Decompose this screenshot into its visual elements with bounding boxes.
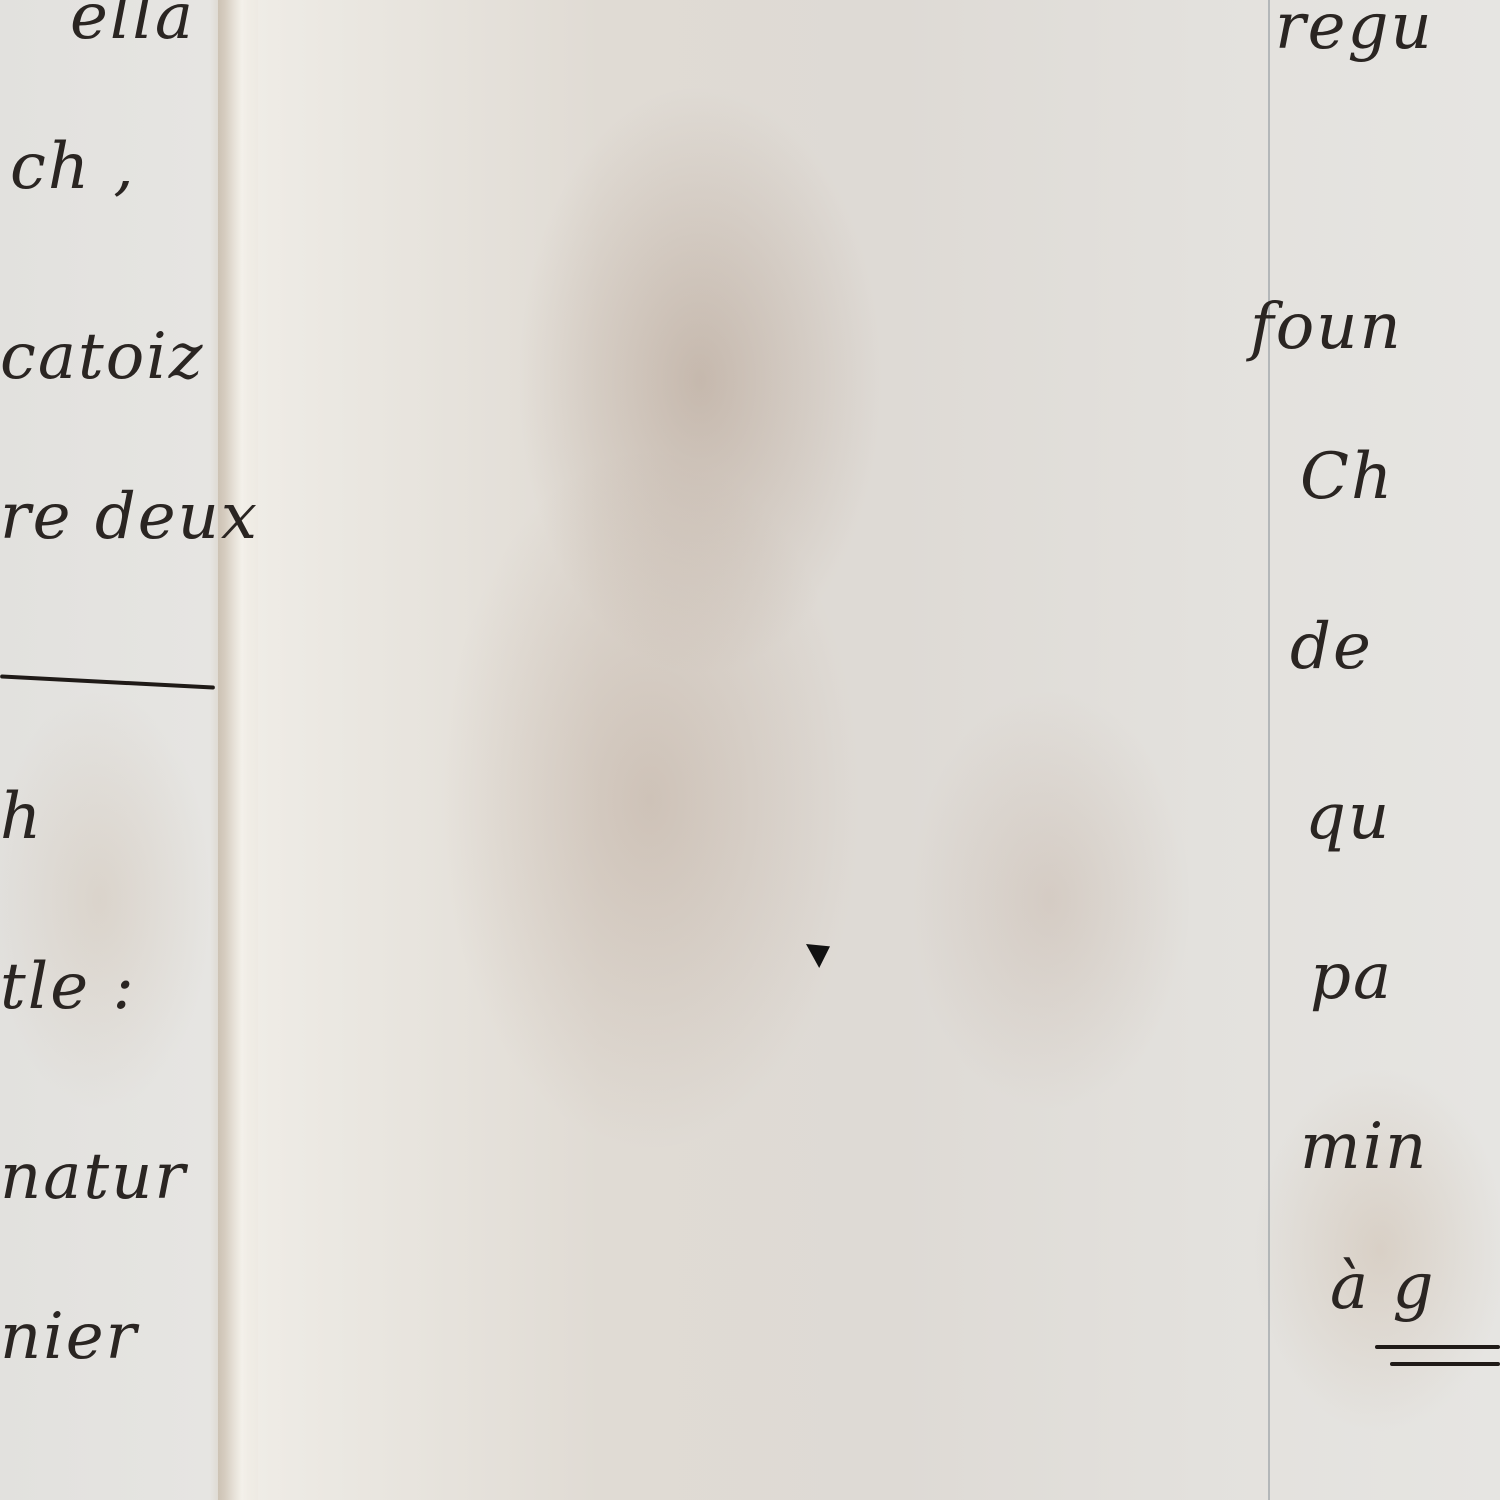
left-word-2: ch , xyxy=(10,130,136,204)
right-word-3: Ch xyxy=(1300,440,1394,514)
left-word-5: h xyxy=(0,780,43,854)
left-word-1: ella xyxy=(70,0,195,54)
right-word-4: de xyxy=(1290,610,1373,684)
right-word-5: qu xyxy=(1305,780,1391,854)
underline-stroke-1 xyxy=(1375,1345,1500,1349)
left-word-4: re deux xyxy=(0,480,259,554)
right-word-2: foun xyxy=(1250,290,1403,364)
left-word-7: natur xyxy=(0,1140,187,1214)
right-word-1: regu xyxy=(1275,0,1434,64)
right-word-7: min xyxy=(1300,1110,1428,1184)
underline-stroke-2 xyxy=(1390,1362,1500,1366)
left-word-6: tle : xyxy=(0,950,136,1024)
left-word-8: nier xyxy=(0,1300,138,1374)
page-fold-crease xyxy=(218,0,258,1500)
right-word-6: pa xyxy=(1310,940,1393,1014)
margin-rule-line xyxy=(1268,0,1270,1500)
right-word-8: à g xyxy=(1330,1250,1435,1324)
left-word-3: catoiz xyxy=(0,320,204,394)
